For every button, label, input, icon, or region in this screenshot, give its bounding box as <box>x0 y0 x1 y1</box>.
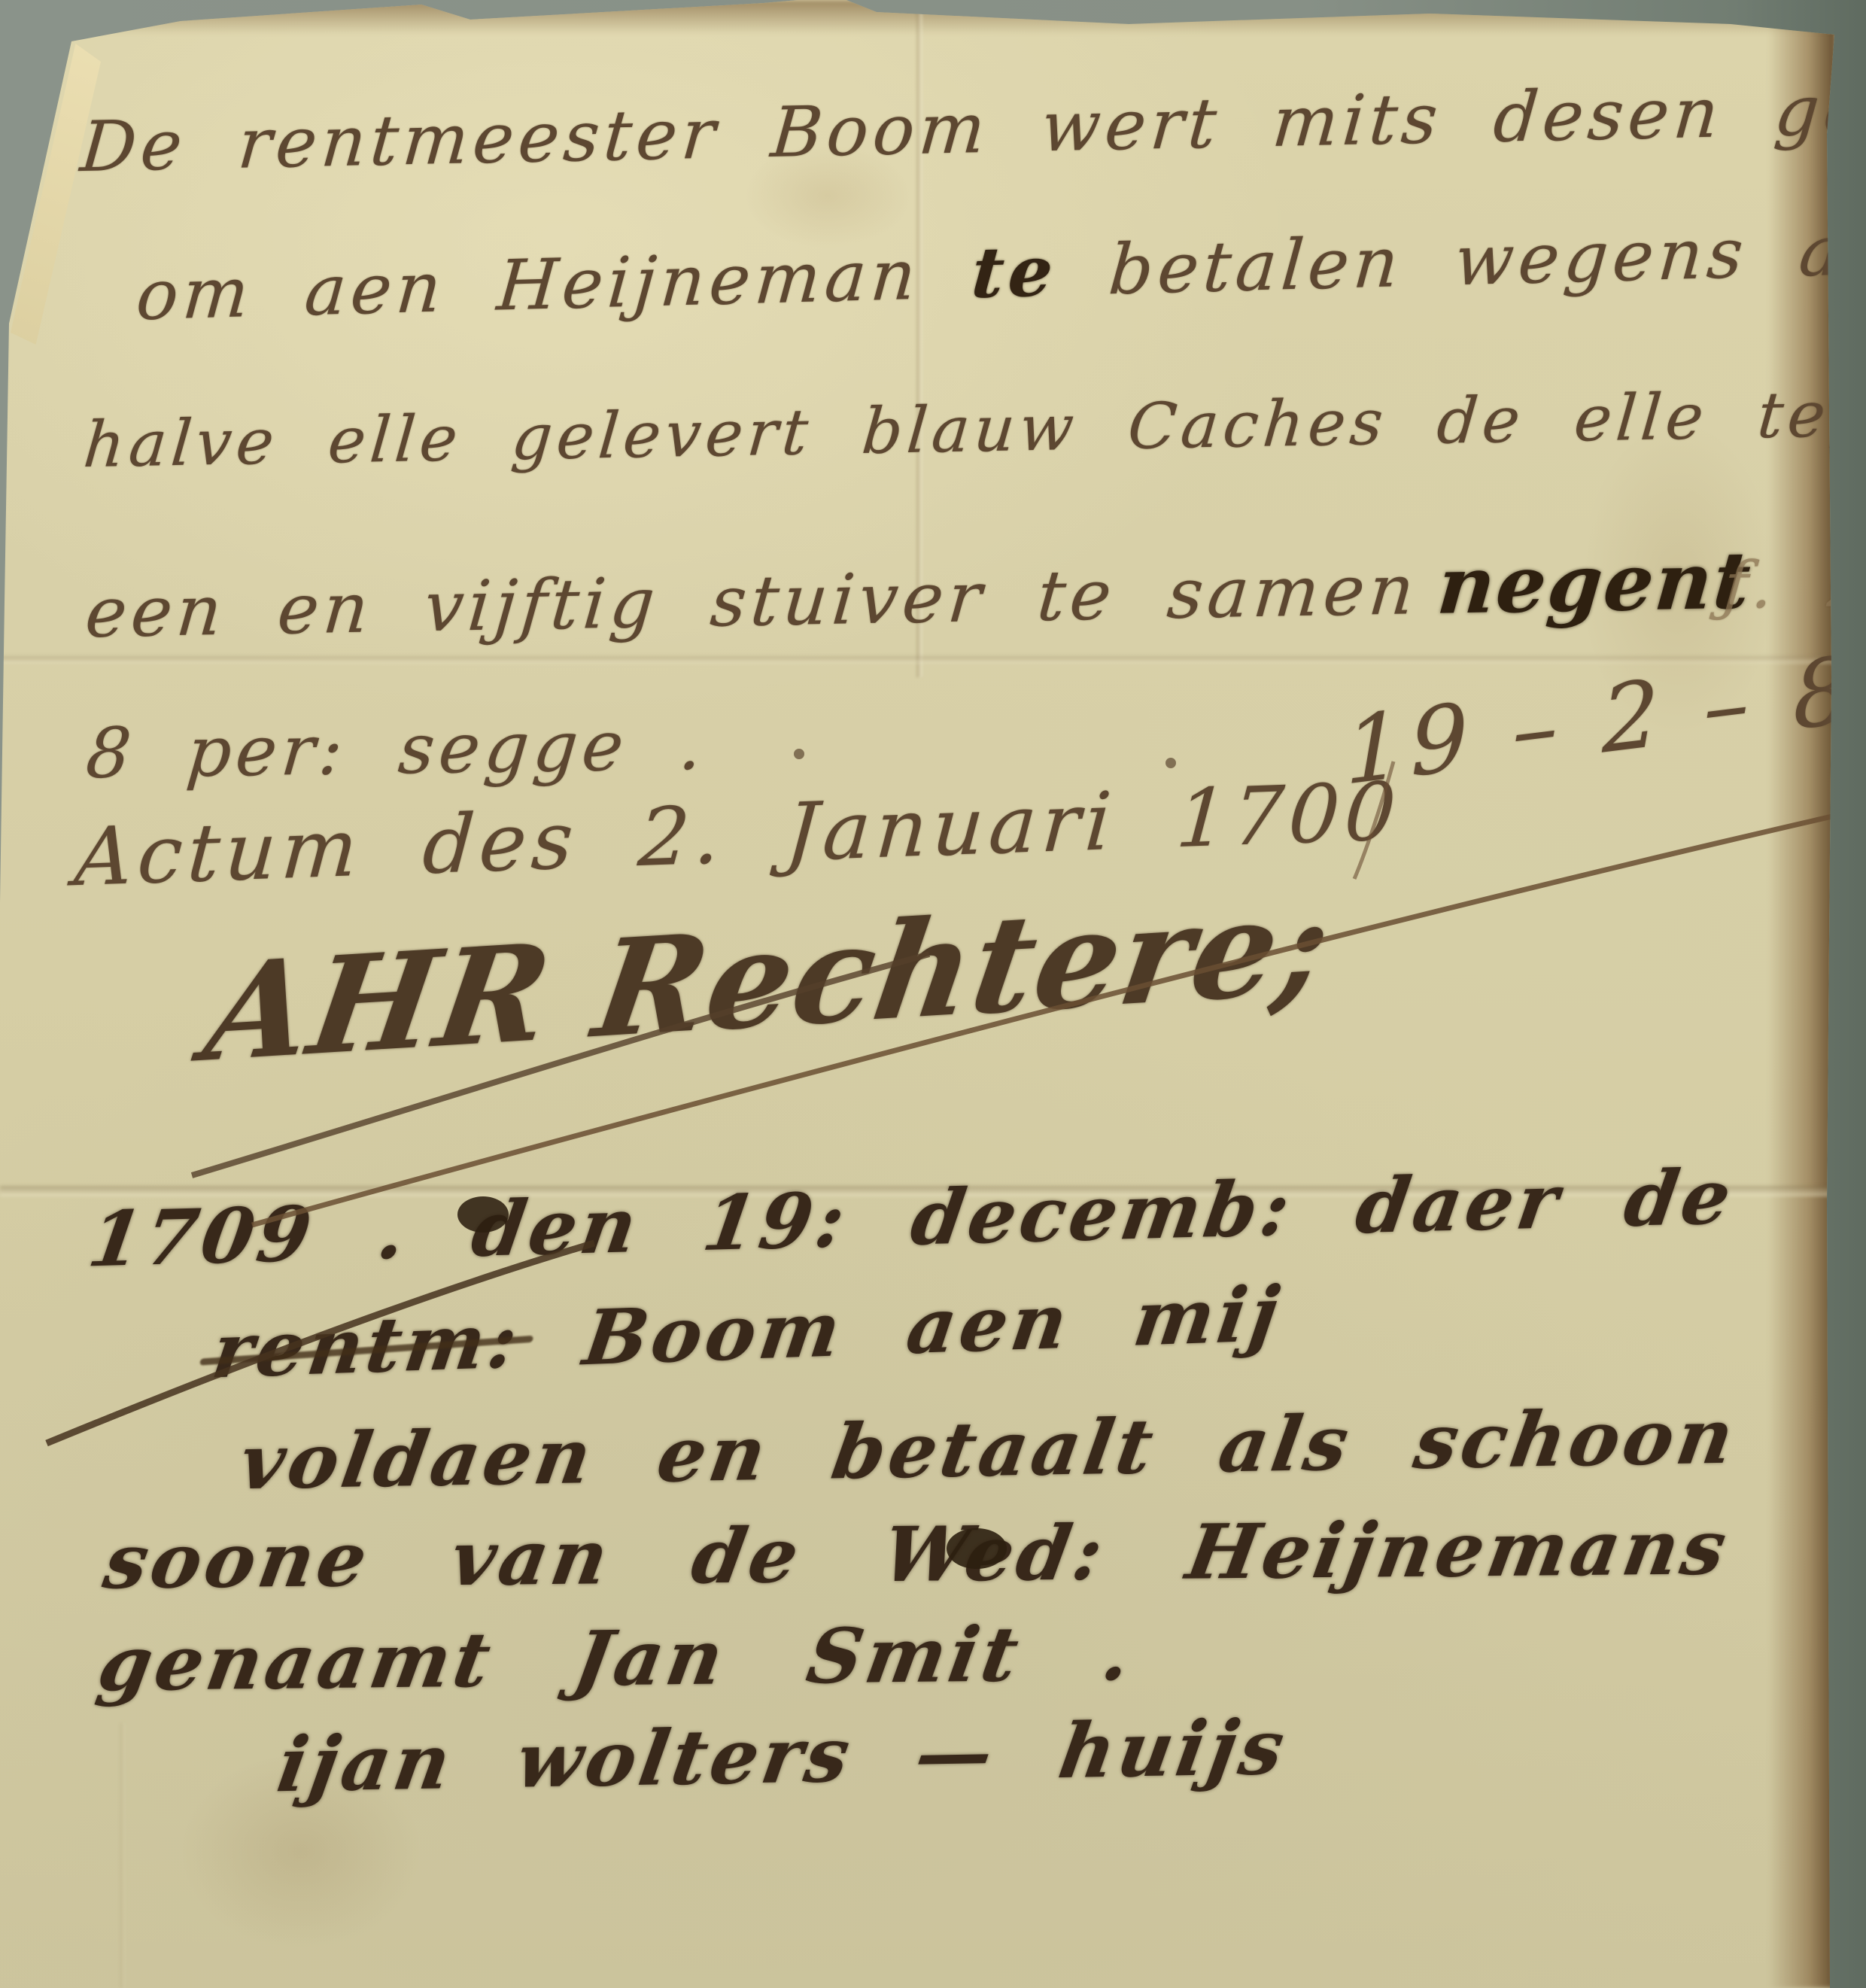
receipt-line-4: soone van de Wed: Heijnemans <box>98 1503 1736 1606</box>
aged-top-edge <box>68 0 1834 35</box>
receipt-line-2b: Boom aen mij <box>579 1269 1288 1382</box>
overwritten-word: negent <box>1434 533 1755 631</box>
letter-line-2-bold-te: te <box>969 230 1061 314</box>
fold-crease-horizontal-mid <box>0 656 1836 664</box>
paper-sheet: De rentmeester Boom wert mits desen gela… <box>0 0 1866 1988</box>
signature: AHR Rechtere; <box>196 866 1341 1092</box>
folded-corner <box>11 44 101 345</box>
struck-word-rentm: rentm: <box>207 1296 526 1396</box>
receipt-line-1: 1709 . den 19: decemb: daer de <box>83 1152 1740 1284</box>
letter-line-2: om aen Heijneman te betalen wegens achte <box>133 205 1866 336</box>
fold-crease-vertical-bottom <box>120 1723 125 1988</box>
letter-line-2a: om aen Heijneman <box>133 235 922 336</box>
letter-line-4a: een en vijftig stuiver te samen <box>82 549 1421 653</box>
photo-body: { "photo": { "backdrop_color": "#879086"… <box>0 0 1866 1988</box>
ink-dot-2 <box>1165 758 1176 768</box>
faint-amount: ƒ. 2.12 <box>1721 544 1866 624</box>
letter-line-1: De rentmeester Boom wert mits desen gela… <box>77 66 1866 187</box>
document-photo: De rentmeester Boom wert mits desen gela… <box>0 0 1866 1988</box>
receipt-line-3: voldaen en betaalt als schoon <box>234 1391 1743 1506</box>
ink-dot-1 <box>794 749 804 759</box>
aged-right-edge <box>1768 23 1836 1988</box>
letter-line-2c: betalen wegens achte <box>1106 206 1866 311</box>
receipt-line-5: genaamt Jan Smit . <box>92 1609 1141 1709</box>
letter-line-5: 8 per: segge . <box>83 704 710 794</box>
receipt-line-6: ijan wolters — huijs <box>272 1703 1293 1810</box>
letter-line-3: halve elle gelevert blauw Caches de elle… <box>81 375 1866 482</box>
receipt-line-2: rentm: Boom aen mij <box>207 1269 1287 1395</box>
